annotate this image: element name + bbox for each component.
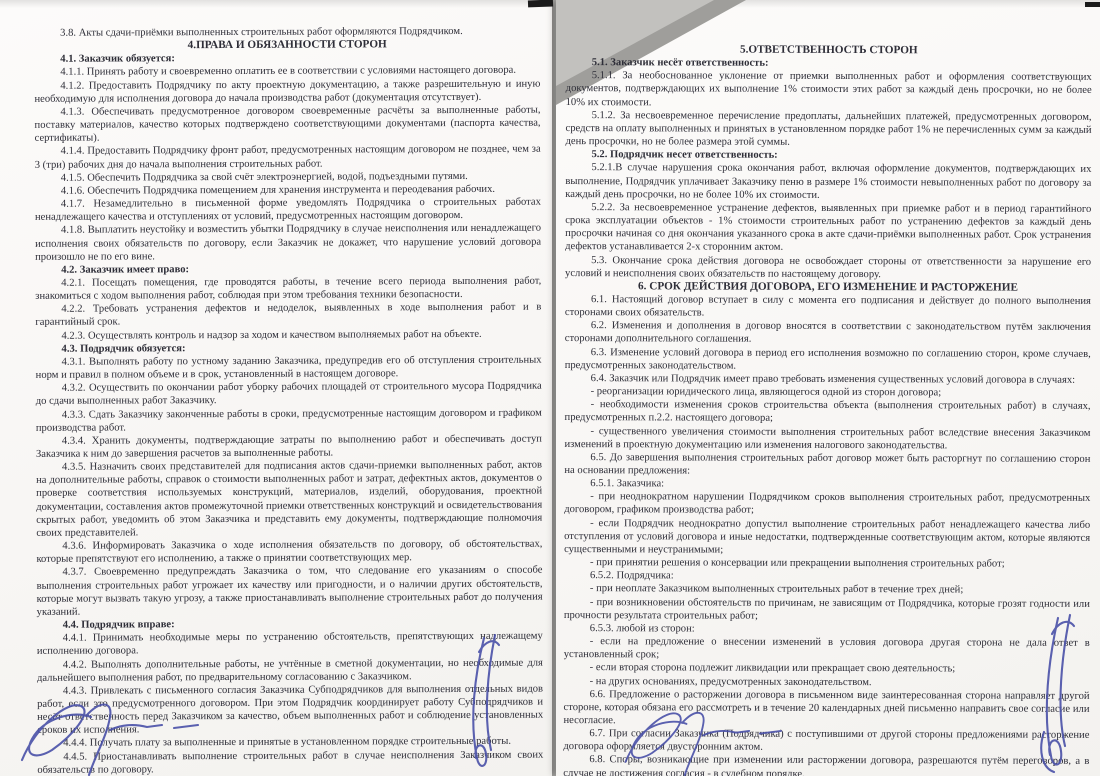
- contract-paragraph: - необходимости изменения сроков строите…: [565, 398, 1091, 426]
- contract-paragraph: 4.1.4. Предоставить Подрядчику фронт раб…: [35, 143, 541, 172]
- contract-paragraph: 4.3.2. Осуществить по окончании работ уб…: [36, 380, 542, 409]
- contract-paragraph: 4.1.7. Незамедлительно в письменной форм…: [35, 196, 541, 225]
- contract-paragraph: - при неоплате Заказчиком выполненных ст…: [564, 582, 1090, 597]
- contract-paragraph: 4.1.3. Обеспечивать предусмотренное дого…: [34, 104, 540, 146]
- contract-paragraph: 5.3. Окончание срока действия договора н…: [565, 254, 1091, 282]
- contract-paragraph: 4.3.1. Выполнять работу по устному задан…: [36, 354, 542, 383]
- contract-paragraph: 4.2.2. Требовать устранения дефектов и н…: [35, 301, 541, 330]
- page-right-text: 5.ОТВЕТСТВЕННОСТЬ СТОРОН5.1. Заказчик не…: [553, 0, 1100, 776]
- document-page-left: 3.8. Акты сдачи-приёмки выполненных стро…: [0, 0, 552, 776]
- contract-paragraph: - если на предложение о внесении изменен…: [564, 635, 1090, 663]
- document-page-right: 5.ОТВЕТСТВЕННОСТЬ СТОРОН5.1. Заказчик не…: [556, 0, 1100, 776]
- contract-paragraph: 4.3.5. Назначить своих представителей дл…: [36, 459, 542, 540]
- page-left-text: 3.8. Акты сдачи-приёмки выполненных стро…: [0, 0, 555, 776]
- contract-paragraph: 4.3.7. Своевременно предупреждать Заказч…: [36, 564, 542, 619]
- contract-paragraph: 6.6. Предложение о расторжении договора …: [563, 688, 1089, 729]
- contract-paragraph: - существенного увеличения стоимости вып…: [564, 425, 1090, 453]
- scan-edge-mark: [1085, 2, 1100, 7]
- contract-paragraph: 4.4.2. Выполнять дополнительные работы, …: [37, 656, 543, 685]
- contract-paragraph: 6.8. Споры, возникающие при изменении ил…: [563, 753, 1089, 776]
- contract-paragraph: 4.4.5. Приостанавливать выполнение строи…: [37, 748, 543, 776]
- contract-paragraph: 5.2.2. За несвоевременное устранение деф…: [565, 201, 1091, 255]
- contract-paragraph: 6.2. Изменения и дополнения в договор вн…: [565, 319, 1091, 347]
- contract-paragraph: - если вторая сторона подлежит ликвидаци…: [564, 661, 1090, 676]
- contract-paragraph: 6.5. До завершения выполнения строительн…: [564, 451, 1090, 479]
- contract-paragraph: 6.3. Изменение условий договора в период…: [565, 346, 1091, 374]
- contract-paragraph: 4.2.3. Осуществлять контроль и надзор за…: [35, 327, 541, 342]
- contract-paragraph: 5.2.1.В случае нарушения срока окончания…: [565, 161, 1091, 202]
- contract-paragraph: 4.4.3. Привлекать с письменного согласия…: [37, 682, 543, 737]
- contract-paragraph: 6.7. При согласии Заказчика (Подрядчика)…: [563, 727, 1089, 755]
- contract-paragraph: 6.1. Настоящий договор вступает в силу с…: [565, 293, 1091, 321]
- contract-paragraph: 4.3.6. Информировать Заказчика о ходе ис…: [36, 538, 542, 567]
- contract-paragraph: 4.4.1. Принимать необходимые меры по уст…: [37, 630, 543, 659]
- contract-paragraph: - при неоднократном нарушении Подрядчико…: [564, 490, 1090, 518]
- contract-paragraph: 5.1.1. За необоснованное уклонение от пр…: [566, 69, 1092, 110]
- contract-paragraph: 4.3.3. Сдать Заказчику законченные работ…: [36, 406, 542, 435]
- contract-paragraph: 5.1.2. За несвоевременное перечисление п…: [565, 109, 1091, 150]
- contract-paragraph: 4.1.8. Выплатить неустойку и возместить …: [35, 222, 541, 264]
- contract-paragraph: 4.2.1. Посещать помещения, где проводятс…: [35, 275, 541, 304]
- contract-paragraph: - при возникновении обстоятельств по при…: [564, 596, 1090, 624]
- contract-paragraph: - на других основаниях, предусмотренных …: [564, 675, 1090, 690]
- contract-paragraph: 4.1.2. Предоставить Подрядчику по акту п…: [34, 77, 540, 106]
- contract-paragraph: - если Подрядчик неоднократно допустил в…: [564, 517, 1090, 558]
- contract-paragraph: 4.3.4. Хранить документы, подтверждающие…: [36, 432, 542, 461]
- scan-edge-mark: [528, 0, 553, 7]
